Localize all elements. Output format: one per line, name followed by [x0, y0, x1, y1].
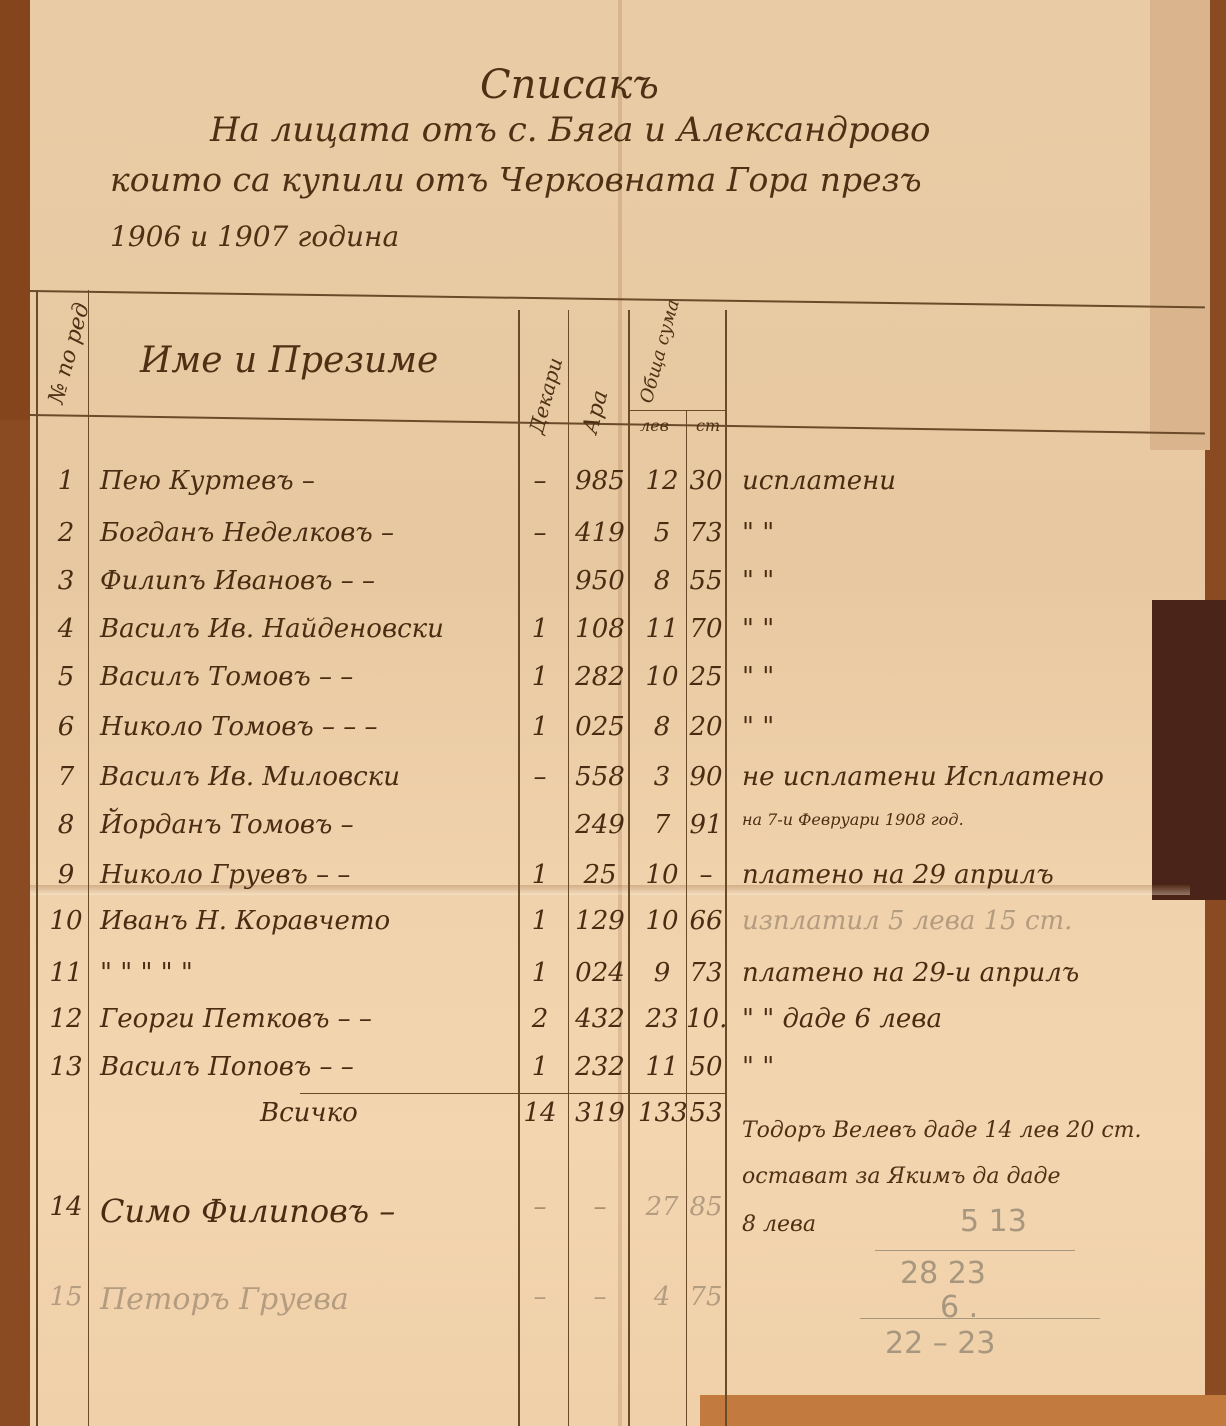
subtitle-line-3: 1906 и 1907 година — [110, 220, 399, 253]
row-decares: – — [520, 1282, 560, 1312]
table-row: 13 Василъ Поповъ – – 1 232 11 50 " " — [40, 1052, 1180, 1098]
header-leva: лев — [640, 416, 669, 435]
row-remark: изплатил 5 лева 15 ст. — [742, 906, 1072, 936]
row-ares: 232 — [570, 1052, 630, 1082]
row-leva: 4 — [638, 1282, 686, 1312]
row-leva: 10 — [638, 906, 686, 936]
pencil-rule-1 — [875, 1250, 1075, 1251]
row-leva: 3 — [638, 762, 686, 792]
row-stotinki: 25 — [686, 662, 726, 692]
sum-subheader-rule — [628, 410, 726, 411]
pencil-rule-2 — [860, 1318, 1100, 1319]
note-line-2: остават за Якимъ да даде — [742, 1164, 1060, 1189]
row-stotinki: 85 — [686, 1192, 726, 1222]
row-number: 5 — [46, 662, 86, 692]
row-decares: 2 — [520, 1004, 560, 1034]
row-decares: – — [520, 762, 560, 792]
row-decares: – — [520, 518, 560, 548]
row-remark: " " — [742, 566, 774, 596]
pencil-calc-2: 28 23 — [900, 1256, 986, 1291]
row-number: 8 — [46, 810, 86, 840]
note-line-1: Тодоръ Велевъ даде 14 лев 20 ст. — [742, 1118, 1142, 1143]
row-name: Василъ Поповъ – – — [100, 1052, 354, 1082]
table-row: 2 Богданъ Неделковъ – – 419 5 73 " " — [40, 518, 1180, 564]
row-name: Филипъ Ивановъ – – — [100, 566, 375, 596]
row-remark: платено на 29-и априлъ — [742, 958, 1079, 988]
pencil-calc-4: 22 – 23 — [885, 1326, 995, 1361]
row-number: 2 — [46, 518, 86, 548]
row-leva: 8 — [638, 566, 686, 596]
row-number: 10 — [46, 906, 86, 936]
table-row: 6 Николо Томовъ – – – 1 025 8 20 " " — [40, 712, 1180, 758]
row-number: 15 — [46, 1282, 86, 1312]
row-leva: 9 — [638, 958, 686, 988]
row-stotinki: – — [686, 860, 726, 890]
row-leva: 23 — [638, 1004, 686, 1034]
total-leva: 133 — [638, 1098, 686, 1128]
table-row: 8 Йорданъ Томовъ – 249 7 91 на 7-и Февру… — [40, 810, 1180, 856]
row-decares: – — [520, 466, 560, 496]
total-ares: 319 — [570, 1098, 630, 1128]
row-remark: платено на 29 априлъ — [742, 860, 1054, 890]
row-name: Пею Куртевъ – — [100, 466, 315, 496]
row-leva: 12 — [638, 466, 686, 496]
note-line-3: 8 лева — [742, 1212, 816, 1237]
row-remark: на 7-и Февруари 1908 год. — [742, 810, 964, 829]
row-name: Василъ Томовъ – – — [100, 662, 353, 692]
table-row: 5 Василъ Томовъ – – 1 282 10 25 " " — [40, 662, 1180, 708]
torn-edge-bottom — [700, 1395, 1226, 1426]
row-stotinki: 90 — [686, 762, 726, 792]
row-stotinki: 30 — [686, 466, 726, 496]
row-ares: 282 — [570, 662, 630, 692]
table-row: 12 Георги Петковъ – – 2 432 23 10. " " д… — [40, 1004, 1180, 1050]
row-number: 7 — [46, 762, 86, 792]
table-row: 4 Василъ Ив. Найденовски 1 108 11 70 " " — [40, 614, 1180, 660]
row-stotinki: 73 — [686, 958, 726, 988]
row-remark: " " даде 6 лева — [742, 1004, 942, 1034]
row-leva: 7 — [638, 810, 686, 840]
row-number: 12 — [46, 1004, 86, 1034]
row-number: 6 — [46, 712, 86, 742]
table-row: 15 Петоръ Груева – – 4 75 — [40, 1282, 1180, 1328]
table-row: 1 Пею Куртевъ – – 985 12 30 исплатени — [40, 466, 1180, 512]
row-ares: 558 — [570, 762, 630, 792]
pencil-calc-3: 6 . — [940, 1290, 978, 1325]
row-ares: 129 — [570, 906, 630, 936]
row-number: 11 — [46, 958, 86, 988]
total-label: Всичко — [260, 1098, 358, 1128]
row-ares: 025 — [570, 712, 630, 742]
row-number: 13 — [46, 1052, 86, 1082]
row-number: 3 — [46, 566, 86, 596]
row-name: Георги Петковъ – – — [100, 1004, 372, 1034]
row-leva: 27 — [638, 1192, 686, 1222]
row-stotinki: 91 — [686, 810, 726, 840]
row-name: Богданъ Неделковъ – — [100, 518, 394, 548]
row-name: Иванъ Н. Коравчето — [100, 906, 390, 936]
row-name: Николо Томовъ – – – — [100, 712, 378, 742]
row-stotinki: 10. — [686, 1004, 726, 1034]
row-decares: 1 — [520, 712, 560, 742]
row-stotinki: 75 — [686, 1282, 726, 1312]
col-line-left — [36, 290, 38, 1426]
row-name: Петоръ Груева — [100, 1282, 349, 1317]
row-decares: 1 — [520, 906, 560, 936]
row-decares: 1 — [520, 662, 560, 692]
row-name: Йорданъ Томовъ – — [100, 810, 354, 840]
paper-right-shade — [1150, 0, 1210, 450]
table-row: 11 " " " " " 1 024 9 73 платено на 29-и … — [40, 958, 1180, 1004]
row-leva: 11 — [638, 614, 686, 644]
row-ares: 108 — [570, 614, 630, 644]
row-leva: 5 — [638, 518, 686, 548]
row-decares: 1 — [520, 958, 560, 988]
row-name: Симо Филиповъ – — [100, 1192, 395, 1230]
row-stotinki: 73 — [686, 518, 726, 548]
row-ares: – — [570, 1282, 630, 1312]
row-ares: 985 — [570, 466, 630, 496]
row-leva: 10 — [638, 860, 686, 890]
row-name: Василъ Ив. Миловски — [100, 762, 400, 792]
row-number: 9 — [46, 860, 86, 890]
row-ares: 432 — [570, 1004, 630, 1034]
row-number: 4 — [46, 614, 86, 644]
row-remark: исплатени — [742, 466, 896, 496]
row-remark: " " — [742, 1052, 774, 1082]
total-stotinki: 53 — [686, 1098, 726, 1128]
row-ares: 25 — [570, 860, 630, 890]
row-decares: 1 — [520, 1052, 560, 1082]
row-decares: 1 — [520, 614, 560, 644]
header-stotinki: ст — [696, 416, 720, 435]
header-name: Име и Презиме — [140, 340, 438, 381]
table-row: 10 Иванъ Н. Коравчето 1 129 10 66 изплат… — [40, 906, 1180, 952]
row-stotinki: 66 — [686, 906, 726, 936]
row-remark: " " — [742, 518, 774, 548]
row-leva: 11 — [638, 1052, 686, 1082]
row-decares: 1 — [520, 860, 560, 890]
table-row: 7 Василъ Ив. Миловски – 558 3 90 не испл… — [40, 762, 1180, 808]
row-ares: 419 — [570, 518, 630, 548]
document-title: Списакъ — [480, 62, 659, 108]
row-number: 1 — [46, 466, 86, 496]
row-remark: " " — [742, 614, 774, 644]
row-remark: " " — [742, 662, 774, 692]
row-stotinki: 50 — [686, 1052, 726, 1082]
table-row: 9 Николо Груевъ – – 1 25 10 – платено на… — [40, 860, 1180, 906]
row-ares: 249 — [570, 810, 630, 840]
total-decares: 14 — [520, 1098, 560, 1128]
table-row: 3 Филипъ Ивановъ – – 950 8 55 " " — [40, 566, 1180, 612]
pencil-calc-1: 5 13 — [960, 1204, 1027, 1239]
row-remark: не исплатени Исплатено — [742, 762, 1104, 792]
row-stotinki: 55 — [686, 566, 726, 596]
row-name: Василъ Ив. Найденовски — [100, 614, 444, 644]
row-stotinki: 20 — [686, 712, 726, 742]
row-leva: 8 — [638, 712, 686, 742]
row-name: " " " " " — [100, 958, 193, 988]
row-ares: 024 — [570, 958, 630, 988]
row-number: 14 — [46, 1192, 86, 1222]
row-name: Николо Груевъ – – — [100, 860, 350, 890]
row-remark: " " — [742, 712, 774, 742]
row-ares: 950 — [570, 566, 630, 596]
row-decares: – — [520, 1192, 560, 1222]
row-leva: 10 — [638, 662, 686, 692]
row-ares: – — [570, 1192, 630, 1222]
row-stotinki: 70 — [686, 614, 726, 644]
col-line-no — [88, 290, 89, 1426]
subtitle-line-1: На лицата отъ с. Бяга и Александрово — [210, 110, 930, 150]
subtitle-line-2: които са купили отъ Черковната Гора през… — [110, 160, 922, 199]
